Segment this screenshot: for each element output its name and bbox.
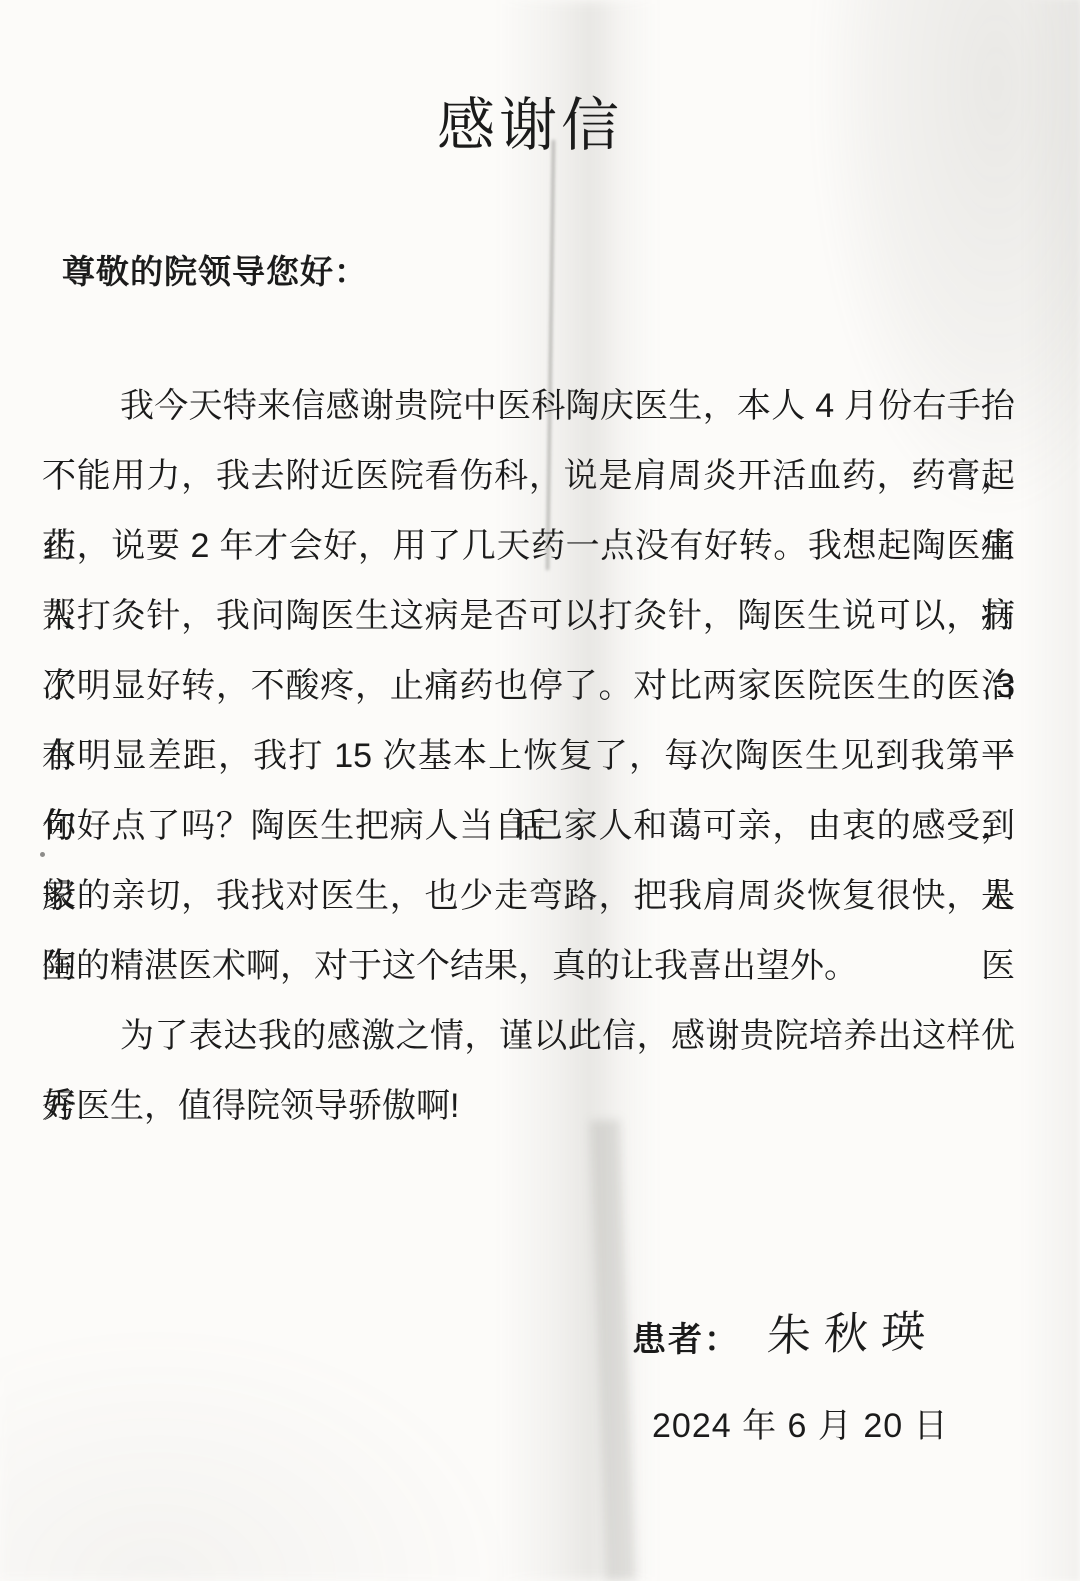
paper-shadow-right-edge [1020,0,1080,1581]
letter-salutation: 尊敬的院领导您好： [62,246,368,293]
letter-line: 次明显好转，不酸疼，止痛药也停了。对比两家医院医生的医治水平 [42,651,1015,721]
scanned-letter-page: 感谢信 尊敬的院领导您好： 我今天特来信感谢贵院中医科陶庆医生，本人 4 月份右… [0,0,1080,1581]
letter-line: 不能用力，我去附近医院看伤科，说是肩周炎开活血药，药膏，止痛 [42,441,1015,511]
letter-line: 你好点了吗？陶医生把病人当自己家人和蔼可亲，由衷的感受到家人 [42,791,1015,861]
paper-crease-center-bottom [590,1120,636,1581]
letter-line: 我今天特来信感谢贵院中医科陶庆医生，本人 4 月份右手抬不起 [42,371,1015,441]
signature-handwritten-name: 朱秋瑛 [766,1295,940,1364]
letter-line: 人打灸针，我问陶医生这病是否可以打灸针，陶医生说可以，打了 3 [42,581,1015,651]
letter-line: 有明显差距，我打 15 次基本上恢复了，每次陶医生见到我第一句话， [42,721,1015,791]
letter-line: 药，说要 2 年才会好，用了几天药一点没有好转。我想起陶医生帮病 [42,511,1015,581]
signature-row: 患者： 朱秋瑛 [632,1300,937,1364]
body-lines: 我今天特来信感谢贵院中医科陶庆医生，本人 4 月份右手抬不起不能用力，我去附近医… [42,371,1015,1141]
letter-line: 为了表达我的感激之情，谨以此信，感谢贵院培养出这样优秀 [42,1001,1015,1071]
letter-title: 感谢信 [0,78,1060,162]
paper-shadow-bottom-left [0,1321,520,1581]
letter-date: 2024 年 6 月 20 日 [652,1398,949,1447]
signature-label: 患者： [632,1312,740,1361]
letter-line: 般的亲切，我找对医生，也少走弯路，把我肩周炎恢复很快，是陶医 [42,861,1015,931]
letter-line: 好医生，值得院领导骄傲啊! [42,1071,1015,1141]
